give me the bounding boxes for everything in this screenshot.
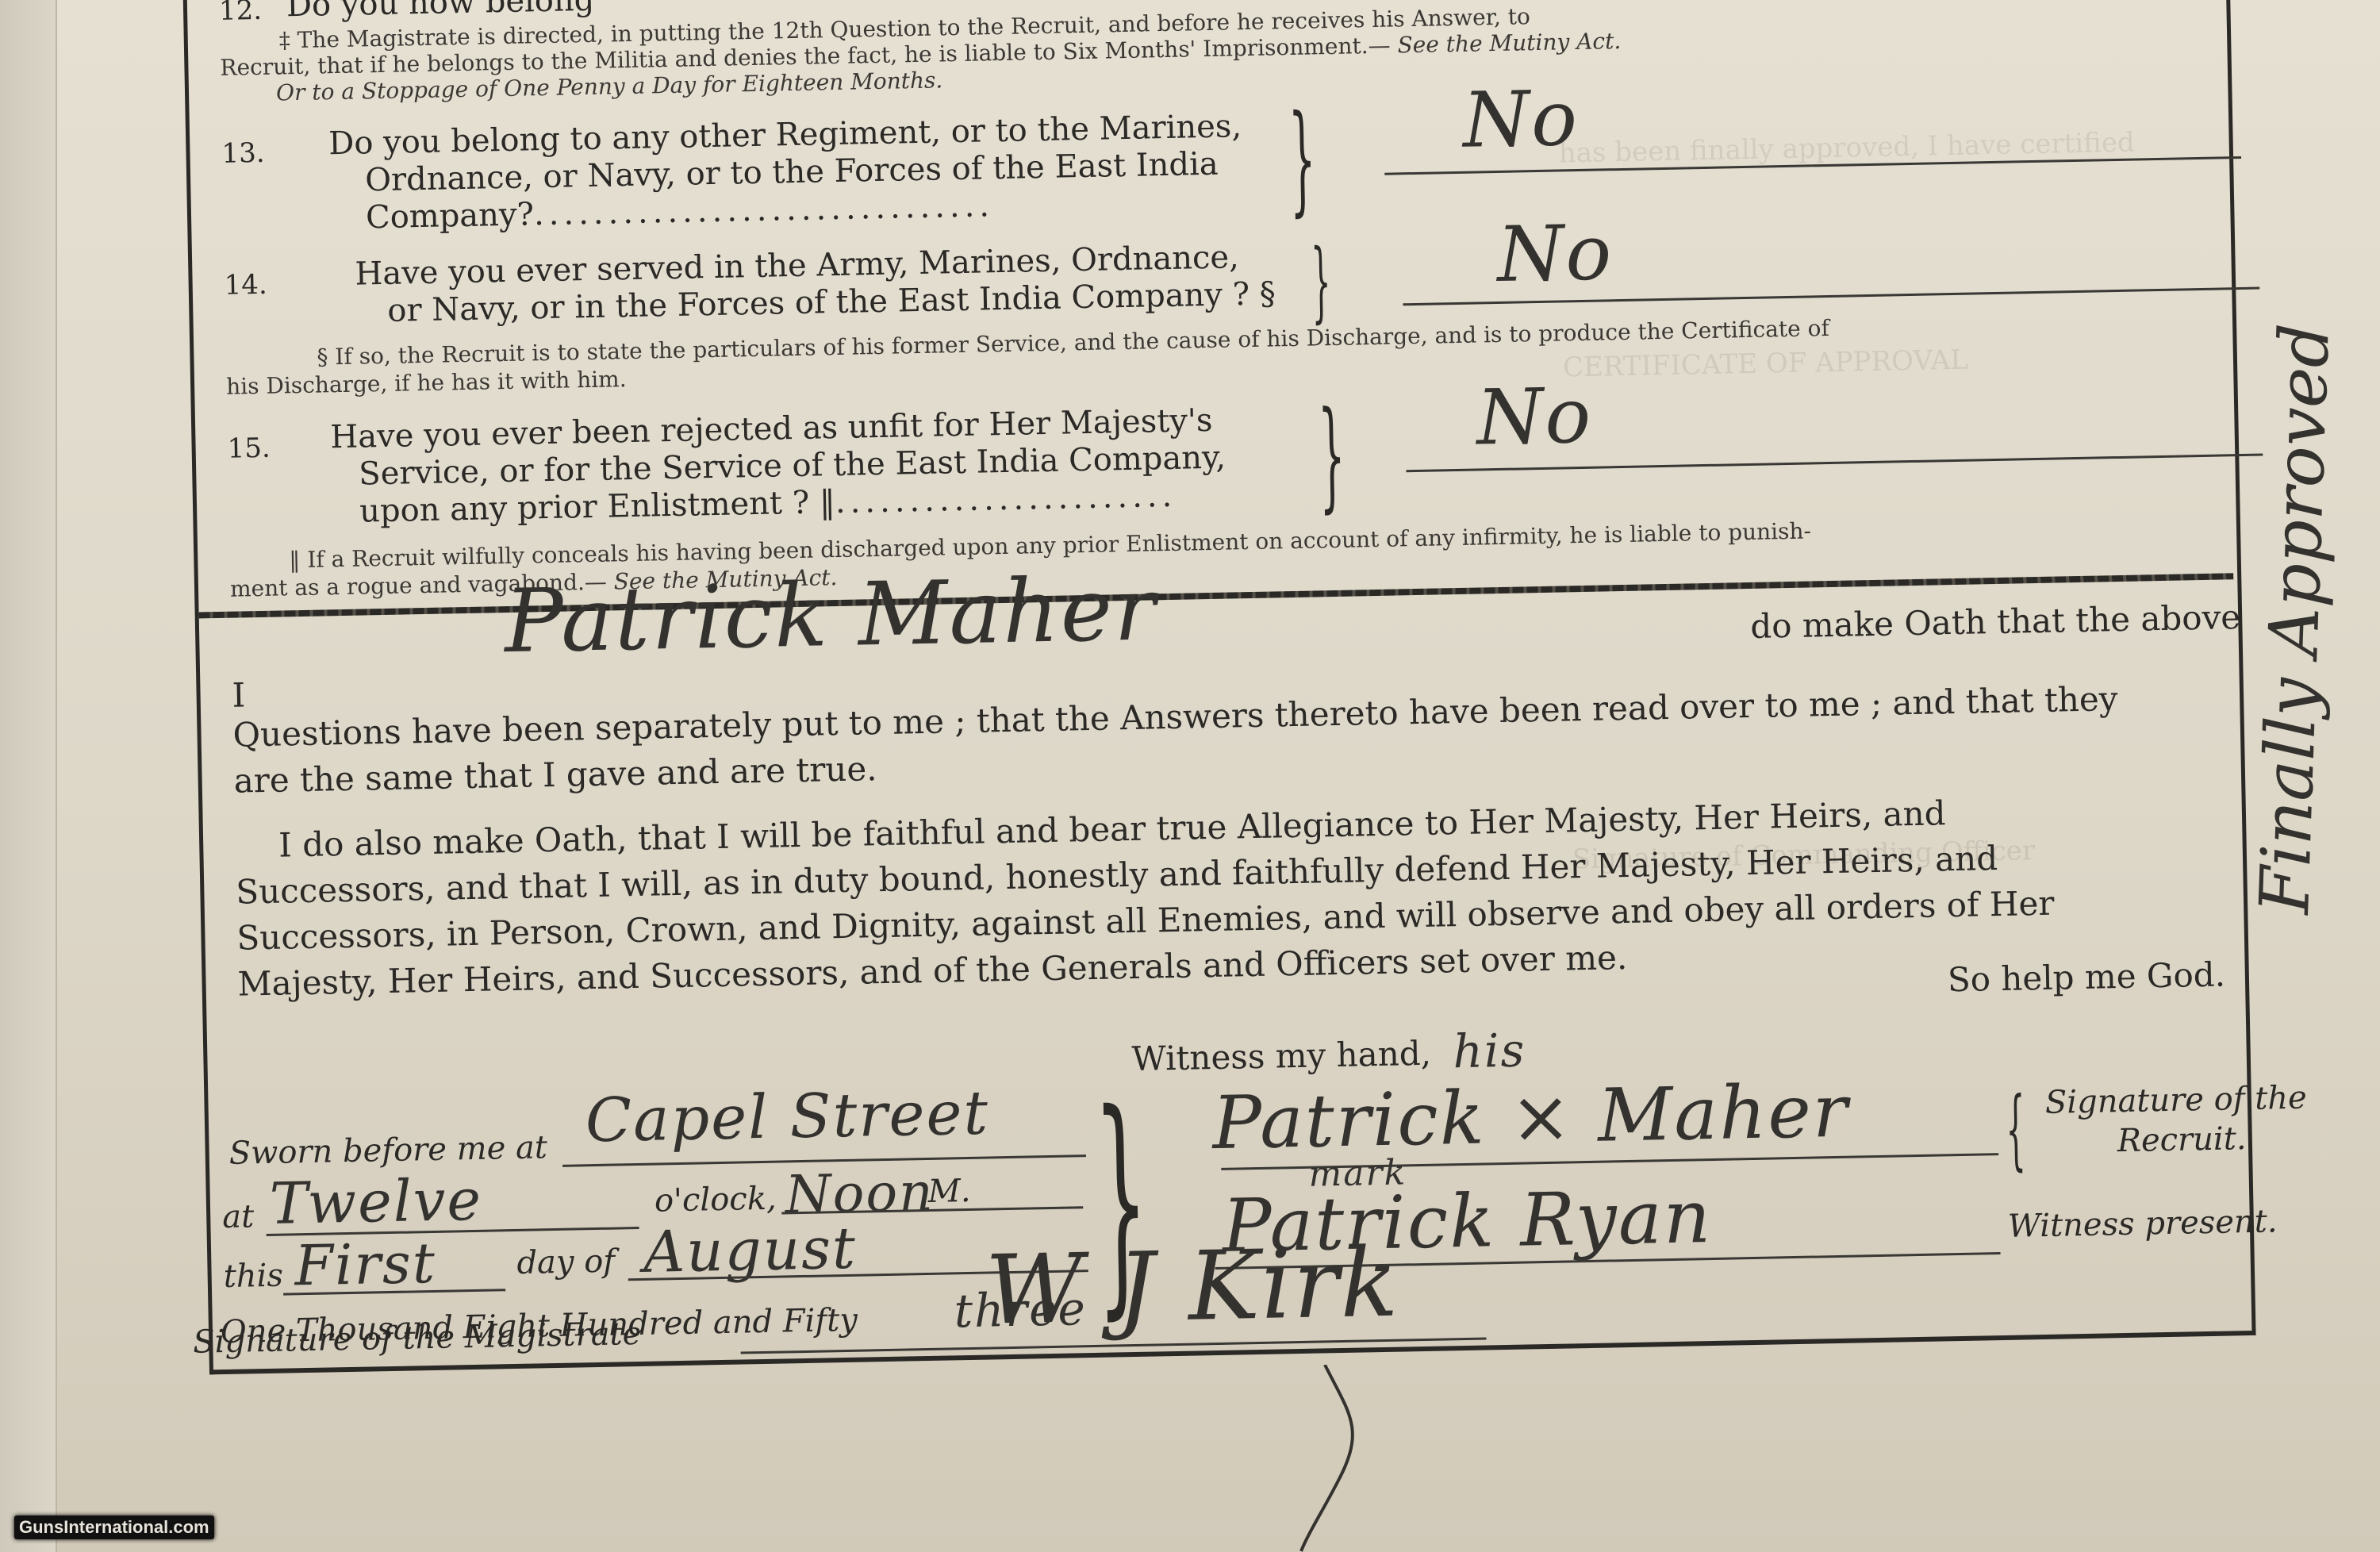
question-13-brace: }: [1288, 99, 1316, 219]
sworn-dayof-label: day of: [516, 1243, 616, 1281]
sworn-place-handwritten: Capel Street: [585, 1077, 990, 1155]
recruit-signature-handwritten: Patrick × Maher: [1211, 1069, 1849, 1166]
sworn-meridiem-printed: M.: [927, 1173, 971, 1210]
answer-14-handwritten: No: [1496, 208, 1614, 299]
watermark: GunsInternational.com: [14, 1516, 214, 1539]
signature-flourish: [1230, 1365, 1388, 1552]
question-14-number: 14.: [224, 269, 267, 302]
section-marker: §: [317, 344, 328, 370]
question-15-number: 15.: [227, 432, 271, 465]
witness-heading: Witness my hand,: [1131, 1029, 1432, 1084]
answer-13-handwritten: No: [1462, 74, 1580, 165]
answer-15-handwritten: No: [1476, 371, 1593, 463]
question-15-brace: }: [1318, 396, 1346, 516]
sworn-at-label: at: [222, 1198, 255, 1235]
recruit-name-handwritten: Patrick Maher: [504, 558, 1158, 672]
magistrate-signature-handwritten: W J Kirk: [985, 1228, 1400, 1346]
question-12-number: 12.: [219, 0, 263, 27]
sworn-day-handwritten: First: [294, 1231, 437, 1298]
recruit-signature-brace: {: [2005, 1085, 2026, 1172]
recruit-signature-label-2: Recruit.: [2117, 1120, 2247, 1159]
double-bar-marker: ‖: [289, 547, 301, 573]
oath-first-line-end: do make Oath that the above: [1750, 593, 2241, 651]
question-14-brace: }: [1311, 237, 1332, 325]
sworn-oclock-label: o'clock,: [654, 1181, 777, 1220]
witness-present-label: Witness present.: [2007, 1203, 2277, 1245]
question-13-number: 13.: [221, 137, 265, 170]
recruit-signature-label-1: Signature of the: [2044, 1080, 2307, 1121]
sworn-this-label: this: [223, 1258, 283, 1295]
sworn-label: Sworn before me at: [228, 1129, 547, 1172]
his-handwritten: his: [1453, 1023, 1526, 1078]
sworn-hour-handwritten: Twelve: [269, 1166, 483, 1237]
oath-closing: So help me God.: [1947, 951, 2225, 1005]
double-dagger-marker: ‡: [278, 27, 290, 53]
underlying-page-edge: [0, 0, 57, 1552]
document-sheet: has been finally approved, I have certif…: [48, 0, 2380, 1552]
mutiny-act-citation: See the Mutiny Act.: [1397, 28, 1621, 58]
dot-leader: .......................: [835, 478, 1177, 521]
